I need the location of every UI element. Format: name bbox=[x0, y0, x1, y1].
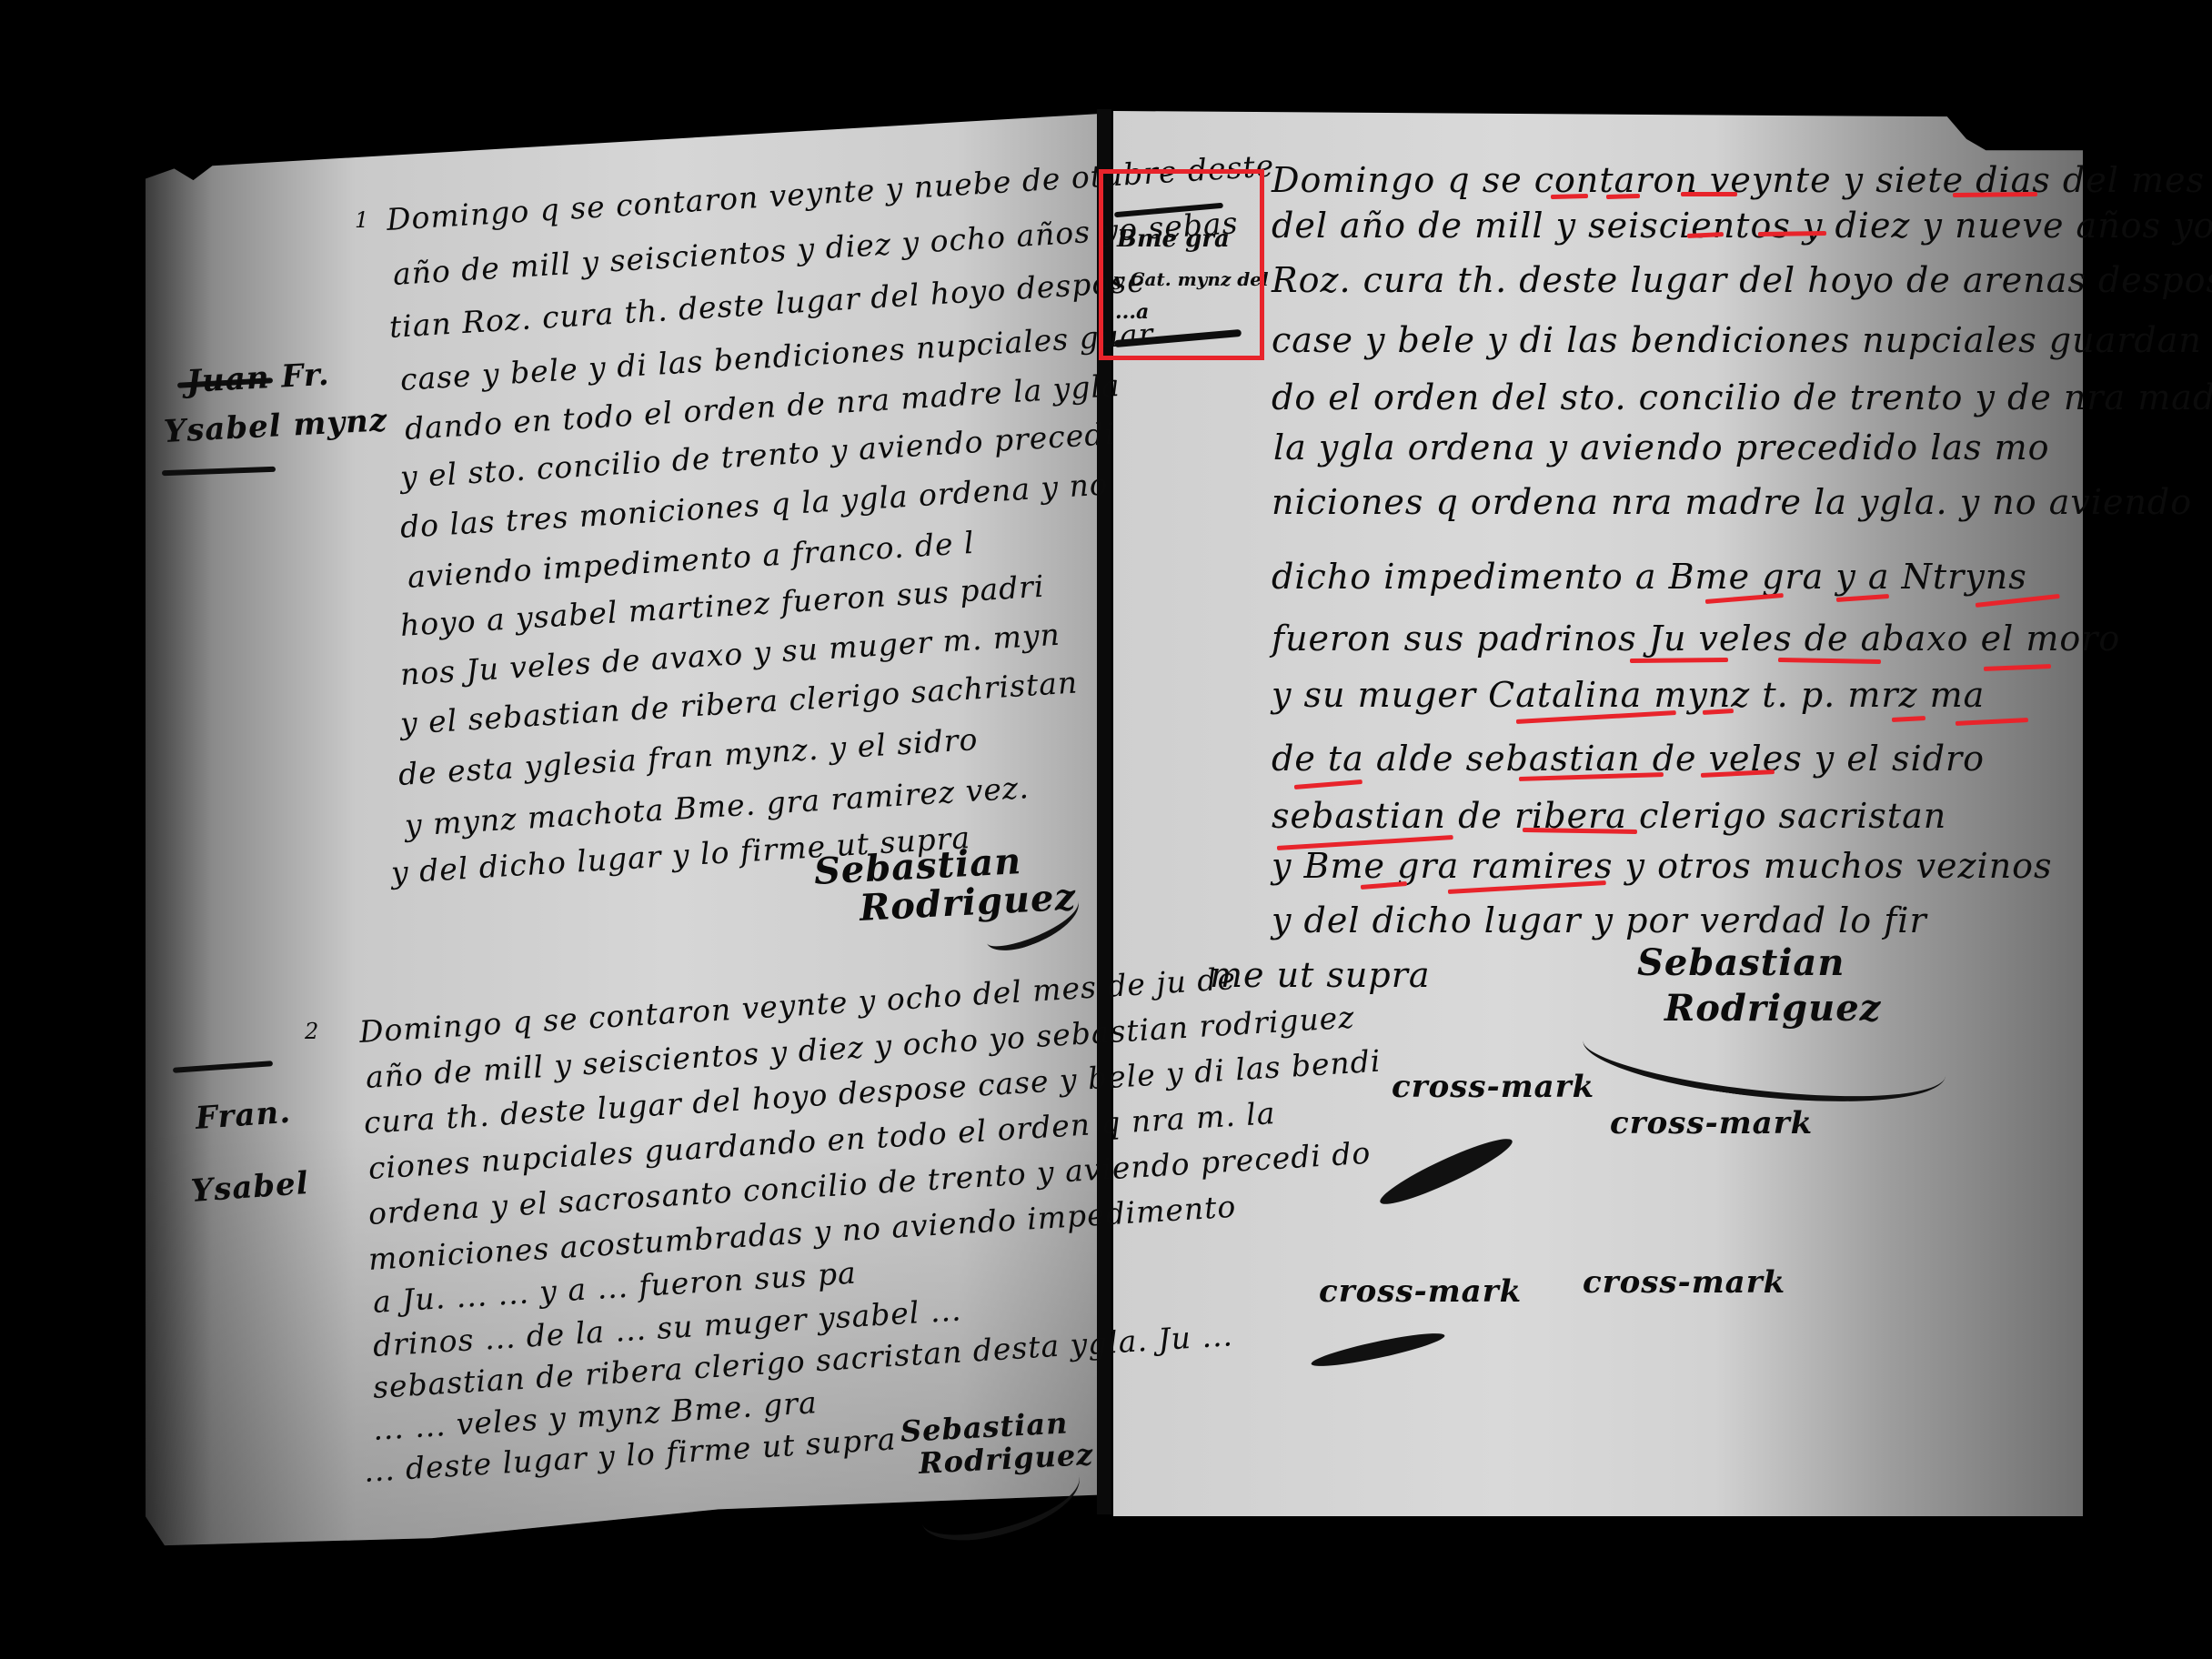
entry-line: do el orden del sto. concilio de trento … bbox=[1272, 377, 2212, 417]
witness-mark: cross-mark bbox=[1392, 1069, 1594, 1105]
entry-marker: 2 bbox=[305, 1019, 319, 1044]
entry-line: niciones q ordena nra madre la ygla. y n… bbox=[1272, 482, 2192, 522]
highlight-box bbox=[1099, 169, 1264, 360]
underline-annotation bbox=[1681, 192, 1737, 196]
entry-line: dicho impedimento a Bme gra y a Ntryns bbox=[1272, 557, 2027, 597]
underline-annotation bbox=[1758, 231, 1826, 236]
entry-line: fueron sus padrinos Ju veles de abaxo el… bbox=[1272, 618, 2120, 659]
entry-line: Domingo q se contaron veynte y siete dia… bbox=[1272, 160, 2212, 200]
entry-line: me ut supra bbox=[1210, 955, 1431, 995]
underline-annotation bbox=[1953, 192, 2037, 197]
margin-note-groom: Juan Fr. bbox=[186, 357, 330, 400]
witness-mark: cross-mark bbox=[1319, 1273, 1522, 1310]
entry-line: del año de mill y seiscientos y diez y n… bbox=[1272, 206, 2212, 246]
entry-line: case y bele y di las bendiciones nupcial… bbox=[1272, 320, 2202, 360]
witness-mark: cross-mark bbox=[1610, 1105, 1813, 1141]
entry-line: y su muger Catalina mynz t. p. mrz ma bbox=[1272, 675, 1985, 715]
underline-annotation bbox=[1551, 194, 1588, 199]
margin-note-groom-2: Fran. bbox=[195, 1094, 293, 1137]
entry-line: y Bme gra ramires y otros muchos vezinos bbox=[1272, 846, 2053, 886]
entry-line: Roz. cura th. deste lugar del hoyo de ar… bbox=[1272, 260, 2212, 300]
entry-line: la ygla ordena y aviendo precedido las m… bbox=[1273, 427, 2050, 468]
underline-annotation bbox=[1630, 658, 1728, 663]
entry-line: y del dicho lugar y por verdad lo fir bbox=[1272, 900, 1927, 940]
witness-mark: cross-mark bbox=[1583, 1264, 1785, 1301]
signature-first-name: Sebastian bbox=[1637, 941, 1845, 984]
underline-annotation bbox=[1606, 194, 1640, 199]
entry-marker: 1 bbox=[355, 207, 369, 233]
